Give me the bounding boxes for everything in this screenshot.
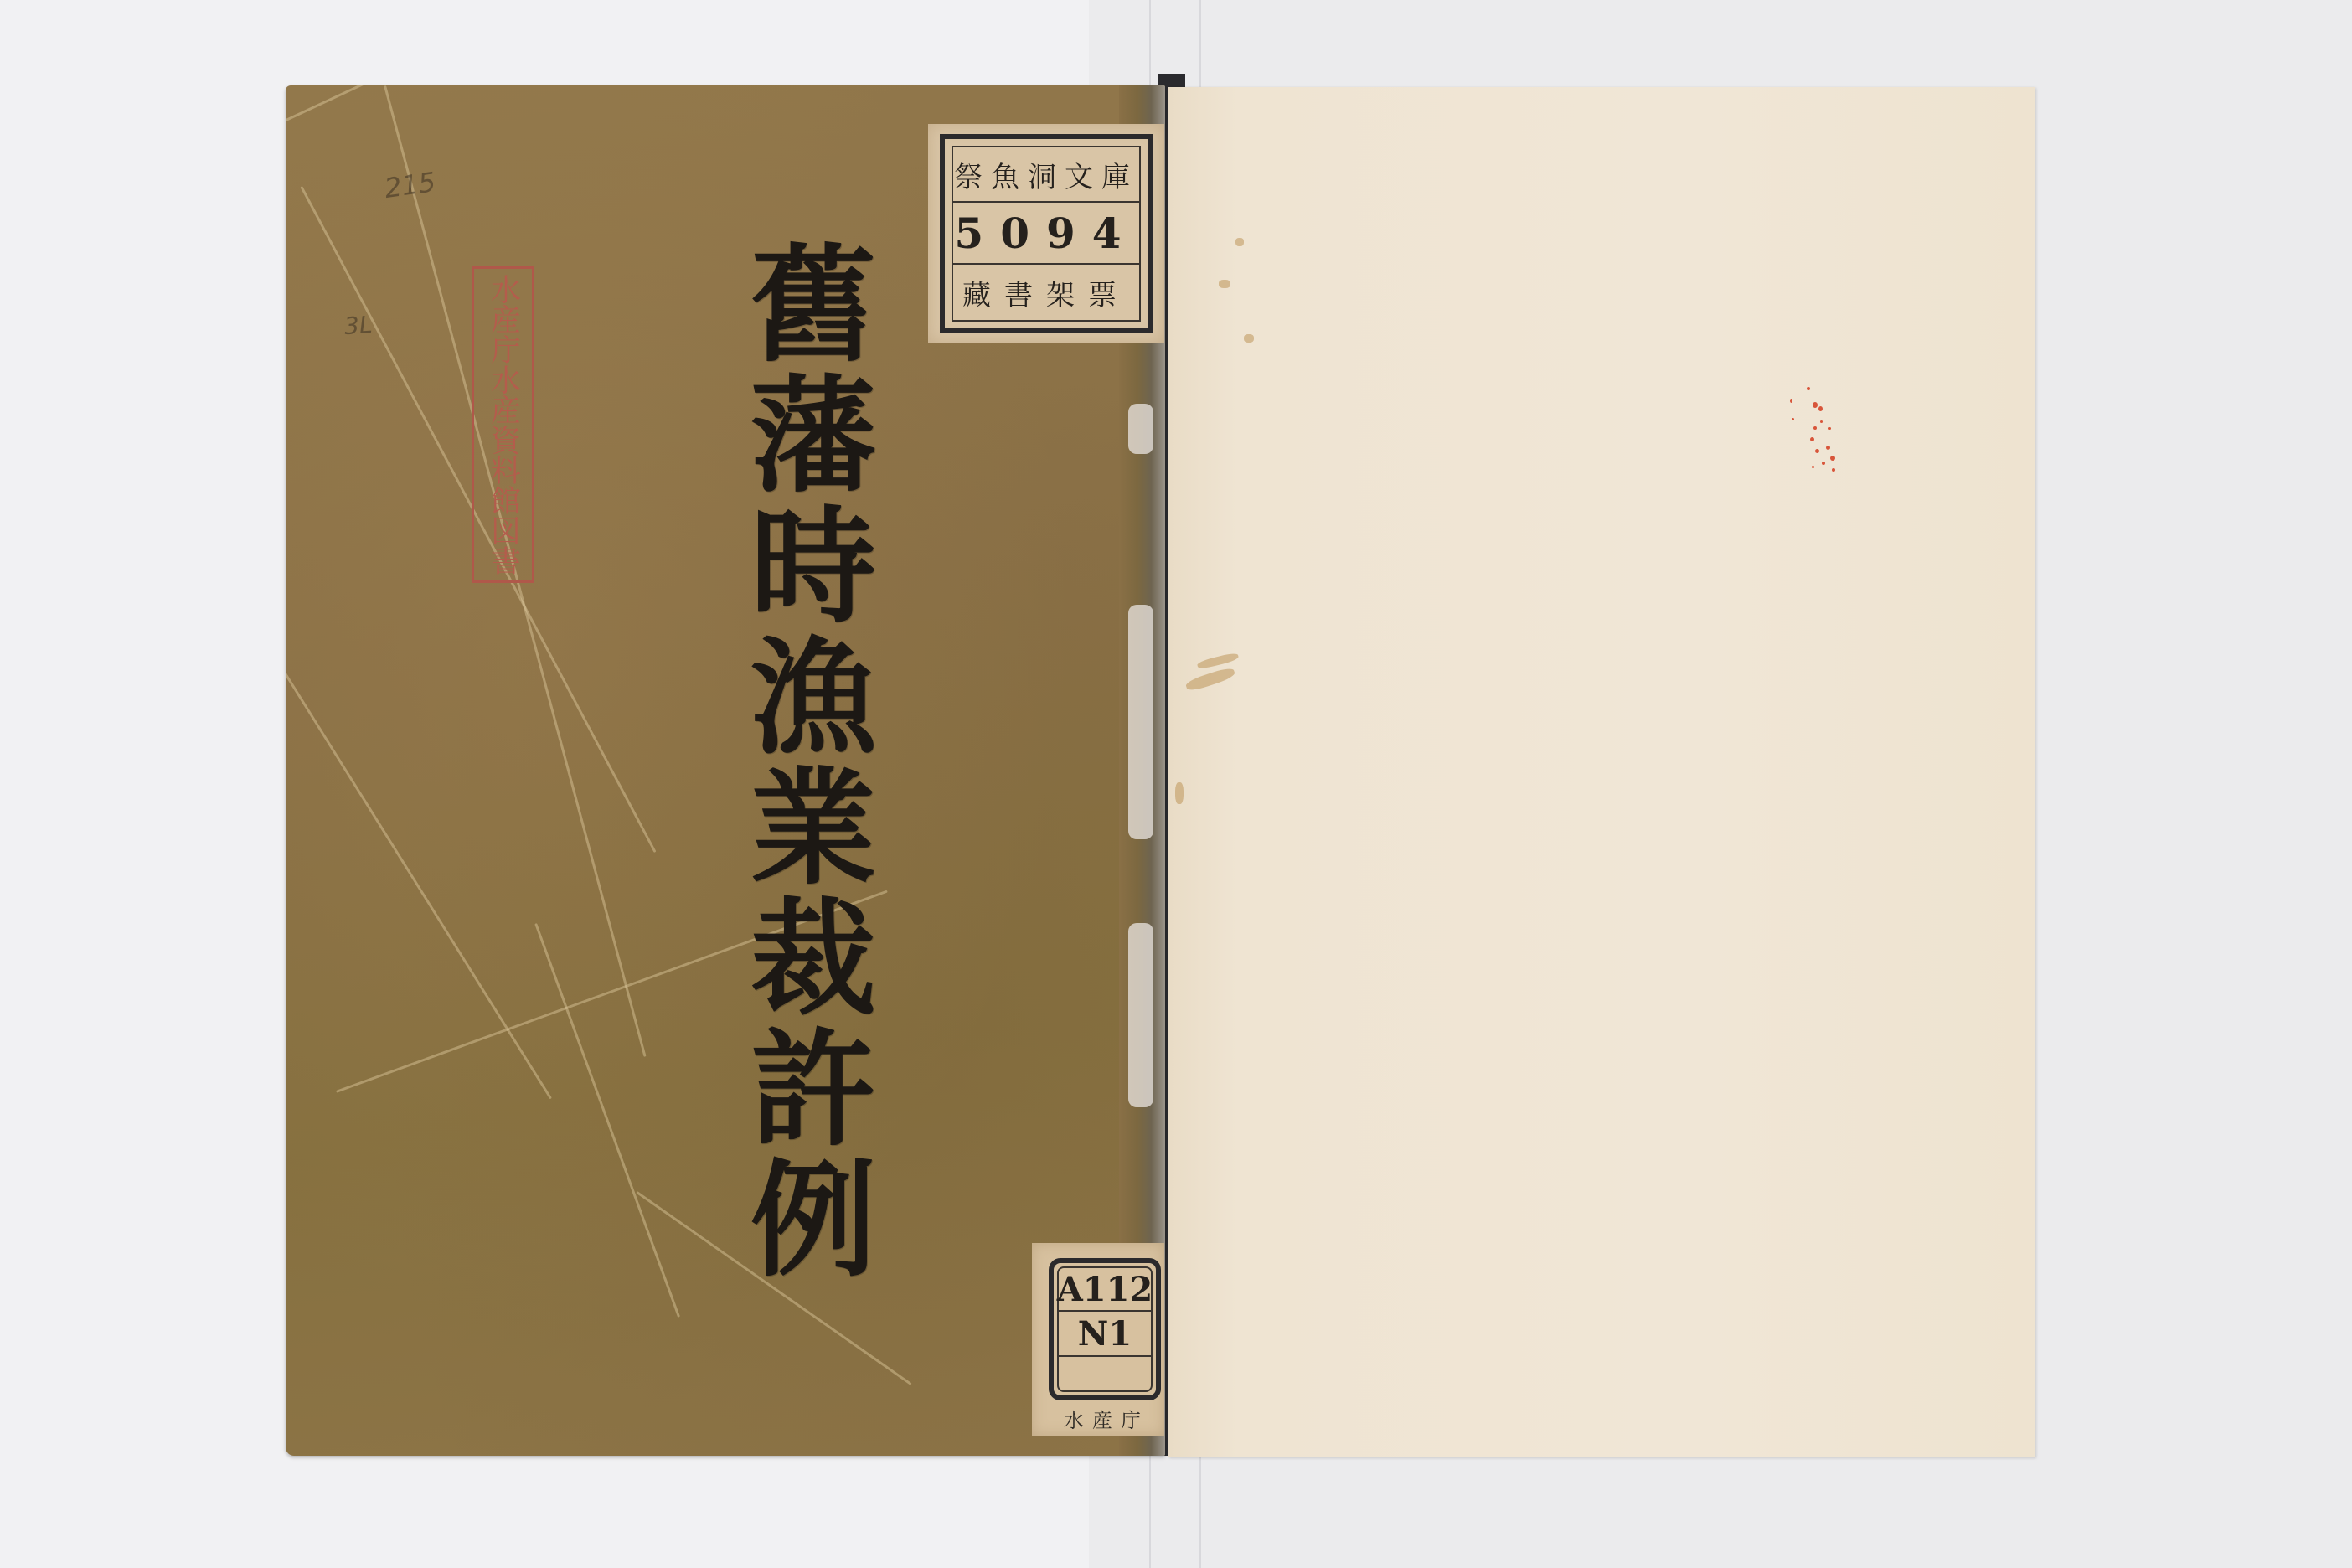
seal-speck [1822,462,1825,465]
seal-speck [1807,387,1810,390]
seal-speck [1810,437,1814,441]
library-stamp: 水産庁水産資料館図書 [472,266,534,583]
seal-speck [1812,466,1814,468]
call-number-line-3 [1059,1357,1151,1390]
call-number-line-2: N1 [1059,1312,1151,1357]
call-number-grid: A112 N1 [1057,1266,1153,1392]
seal-speck [1813,402,1818,408]
page-stain [1244,334,1254,343]
shelf-label-collection: 祭魚洞文庫 [953,147,1139,203]
page-stain [1235,238,1244,246]
spine-wear [1128,605,1153,839]
spine-wear [1128,404,1153,454]
pencil-mark: 3L [343,311,374,340]
book-title: 舊藩時漁業裁許例 [731,239,865,1284]
page-stain [1219,280,1230,288]
spine-wear [1128,923,1153,1107]
call-number-line-1: A112 [1059,1268,1151,1312]
cover-crease [534,923,680,1318]
seal-speck [1818,406,1823,411]
pencil-mark: 215 [383,166,438,204]
shelf-label-number: 5094 [953,203,1139,265]
shelf-label: 祭魚洞文庫 5094 藏書架票 [928,124,1164,343]
call-number-label: A112 N1 水産庁 [1032,1243,1164,1436]
shelf-label-frame: 祭魚洞文庫 5094 藏書架票 [940,134,1153,333]
seal-speck [1828,427,1831,430]
shelf-label-grid: 祭魚洞文庫 5094 藏書架票 [952,146,1141,322]
seal-speck [1792,418,1794,420]
library-stamp-text: 水産庁水産資料館図書 [488,274,518,575]
page-stain [1184,666,1235,693]
book-cover: 215 3L 水産庁水産資料館図書 舊藩時漁業裁許例 祭魚洞文庫 5094 藏書… [286,85,1165,1456]
call-label-owner: 水産庁 [1064,1404,1164,1433]
seal-speck [1813,426,1817,430]
shelf-label-type: 藏書架票 [953,265,1139,320]
page-stain [1175,782,1184,804]
seal-speck [1832,468,1835,472]
seal-speck [1830,456,1835,461]
call-number-frame: A112 N1 [1049,1258,1161,1400]
seal-speck [1820,420,1823,423]
cover-crease [286,85,591,121]
page-stain [1197,652,1240,670]
seal-speck [1826,446,1830,450]
seal-speck [1790,399,1792,403]
cover-crease [286,672,552,1099]
right-blank-page [1168,87,2035,1457]
seal-speck [1815,449,1819,453]
